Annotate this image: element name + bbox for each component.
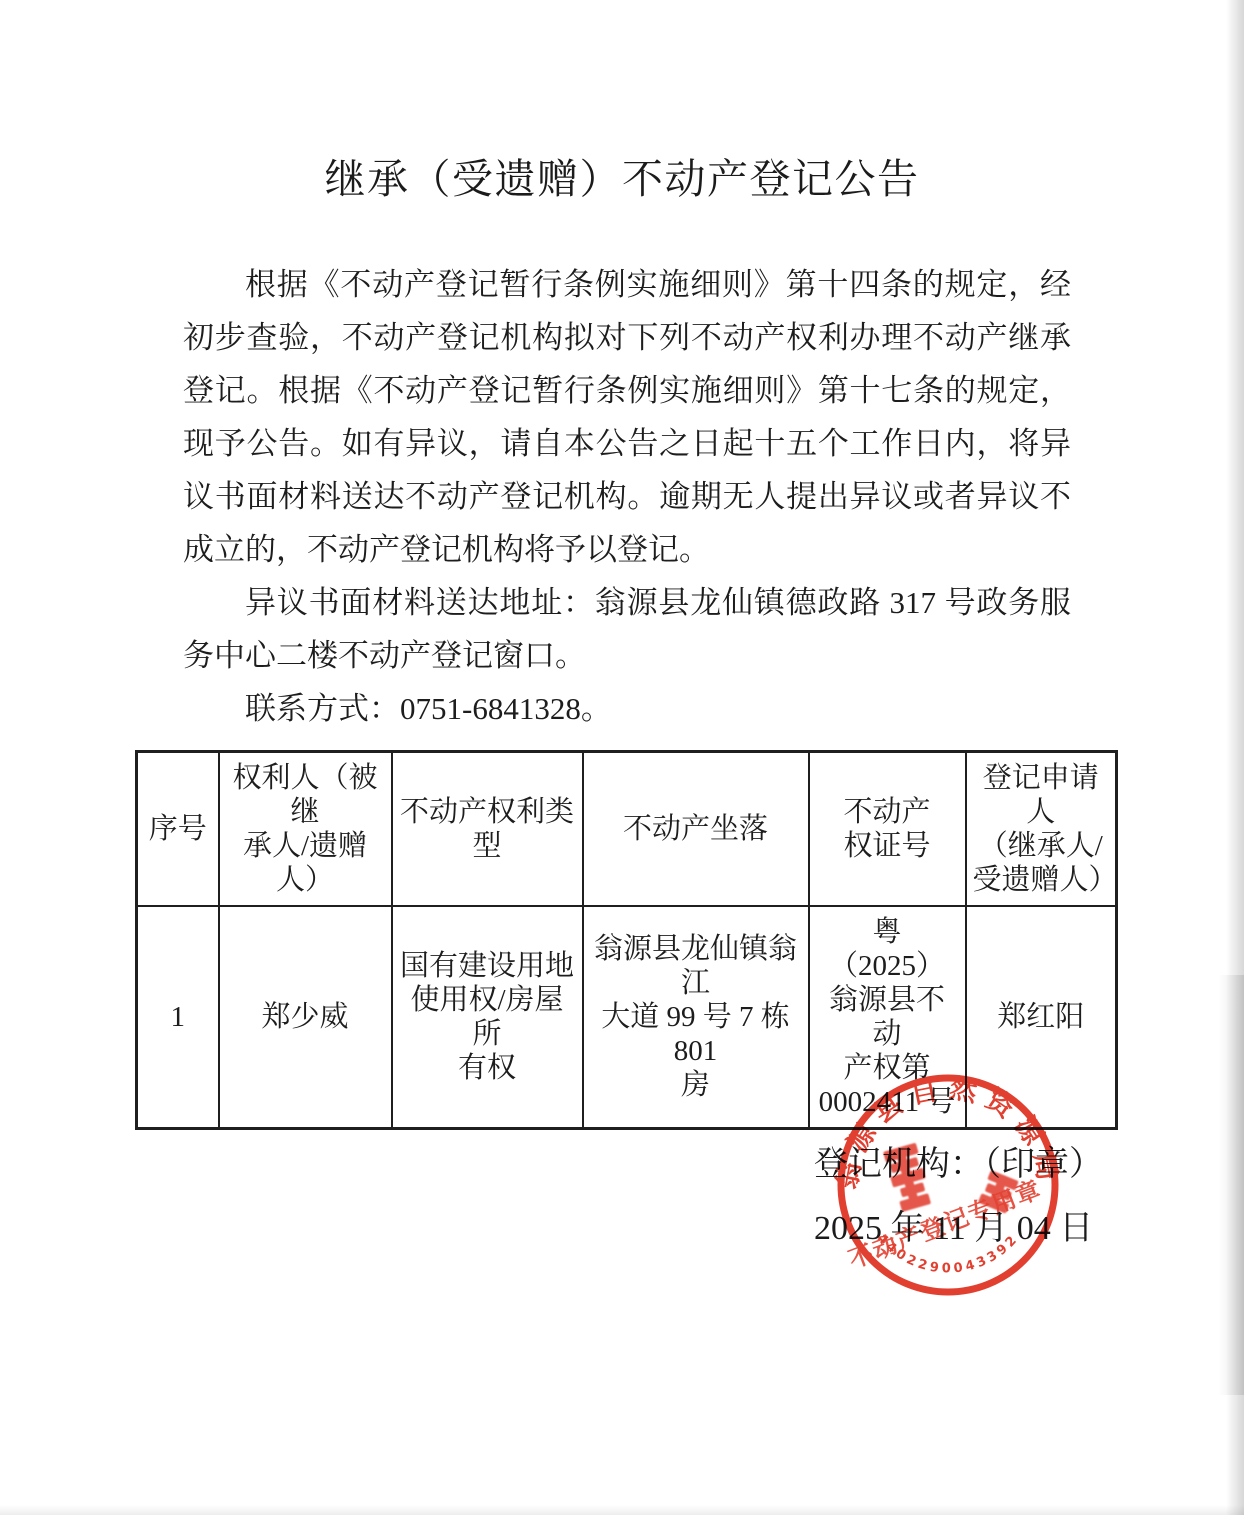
column-header-property-location: 不动产坐落 (583, 752, 809, 907)
document-page: 继承（受遗赠）不动产登记公告 根据《不动产登记暂行条例实施细则》第十四条的规定，… (0, 0, 1244, 1515)
paragraph-contact-phone: 联系方式：0751-6841328。 (183, 682, 1071, 735)
scan-edge-bottom (0, 1505, 1244, 1515)
column-header-index: 序号 (137, 752, 219, 907)
page-title: 继承（受遗赠）不动产登记公告 (0, 146, 1244, 205)
registration-agency-line: 登记机构：（印章） (814, 1136, 1103, 1185)
cell-rights-holder: 郑少威 (219, 906, 392, 1129)
column-header-applicant: 登记申请人 （继承人/ 受遗赠人） (966, 752, 1117, 907)
scan-edge-right (1226, 0, 1244, 1515)
registration-table: 序号 权利人（被继 承人/遗赠人） 不动产权利类 型 不动产坐落 不动产 权证号… (135, 750, 1118, 1130)
cell-property-location: 翁源县龙仙镇翁江 大道 99 号 7 栋 801 房 (583, 906, 809, 1129)
paragraph-legal-basis: 根据《不动产登记暂行条例实施细则》第十四条的规定，经初步查验，不动产登记机构拟对… (183, 258, 1071, 576)
table-header-row: 序号 权利人（被继 承人/遗赠人） 不动产权利类 型 不动产坐落 不动产 权证号… (137, 752, 1117, 907)
cell-right-type: 国有建设用地 使用权/房屋所 有权 (392, 906, 583, 1129)
announcement-date: 2025 年 11 月 04 日 (814, 1200, 1093, 1249)
column-header-rights-holder: 权利人（被继 承人/遗赠人） (219, 752, 392, 907)
paragraph-objection-address: 异议书面材料送达地址：翁源县龙仙镇德政路 317 号政务服务中心二楼不动产登记窗… (183, 576, 1071, 682)
column-header-certificate-number: 不动产 权证号 (809, 752, 966, 907)
cell-certificate-number: 粤（2025） 翁源县不动 产权第 0002411 号 (809, 906, 966, 1129)
column-header-right-type: 不动产权利类 型 (392, 752, 583, 907)
scan-shading (1218, 975, 1244, 1395)
cell-applicant: 郑红阳 (966, 906, 1117, 1129)
announcement-body: 根据《不动产登记暂行条例实施细则》第十四条的规定，经初步查验，不动产登记机构拟对… (183, 258, 1071, 735)
cell-index: 1 (137, 906, 219, 1129)
table-row: 1 郑少威 国有建设用地 使用权/房屋所 有权 翁源县龙仙镇翁江 大道 99 号… (137, 906, 1117, 1129)
